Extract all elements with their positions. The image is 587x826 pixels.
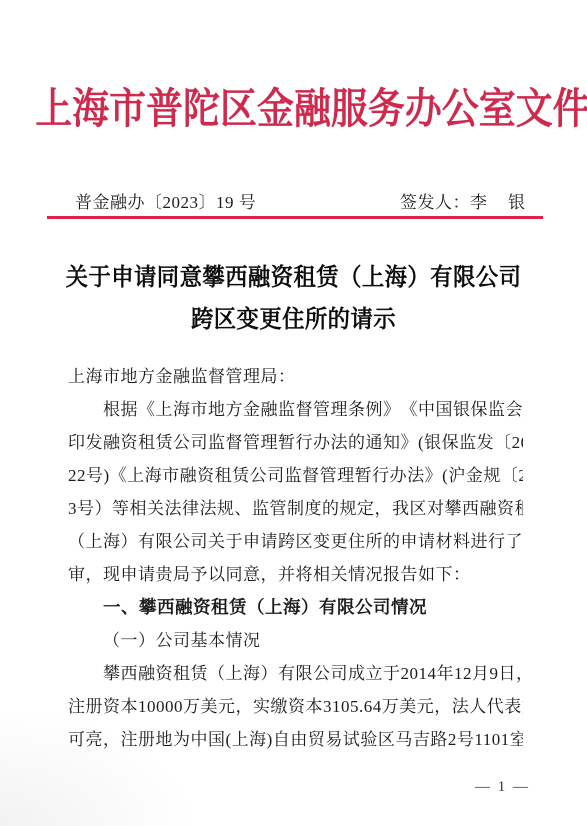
body-line: 3号）等相关法律法规、监管制度的规定，我区对攀西融资租赁 bbox=[68, 492, 523, 525]
red-header-title: 上海市普陀区金融服务办公室文件 bbox=[35, 82, 552, 138]
signer: 签发人：李 银 bbox=[400, 190, 527, 216]
body-line: 可亮，注册地为中国(上海)自由贸易试验区马吉路2号1101室， bbox=[68, 723, 523, 756]
body-line: 注册资本10000万美元，实缴资本3105.64万美元，法人代表刘 bbox=[68, 690, 523, 723]
red-separator-line bbox=[47, 216, 543, 219]
document-title-line-1: 关于申请同意攀西融资租赁（上海）有限公司 bbox=[21, 257, 567, 299]
document-title-line-2: 跨区变更住所的请示 bbox=[21, 299, 567, 341]
body-line: 攀西融资租赁（上海）有限公司成立于2014年12月9日， bbox=[68, 657, 523, 690]
document-title: 关于申请同意攀西融资租赁（上海）有限公司 跨区变更住所的请示 bbox=[0, 257, 587, 341]
body-line: 印发融资租赁公司监督管理暂行办法的通知》(银保监发〔2020〕 bbox=[68, 426, 523, 459]
body-subsection-heading: （一）公司基本情况 bbox=[68, 624, 523, 657]
signer-label: 签发人： bbox=[400, 193, 470, 212]
body-section-heading: 一、攀西融资租赁（上海）有限公司情况 bbox=[68, 591, 523, 624]
doc-number: 普金融办〔2023〕19 号 bbox=[75, 190, 256, 216]
document-info-row: 普金融办〔2023〕19 号 签发人：李 银 bbox=[47, 190, 543, 216]
body-line: 上海市地方金融监督管理局： bbox=[68, 360, 523, 393]
document-page: 上海市普陀区金融服务办公室文件 普金融办〔2023〕19 号 签发人：李 银 关… bbox=[0, 0, 587, 826]
page-number: — 1 — bbox=[475, 779, 530, 796]
body-line: 审，现申请贵局予以同意，并将相关情况报告如下： bbox=[68, 558, 523, 591]
body-text: 上海市地方金融监督管理局： 根据《上海市地方金融监督管理条例》《中国银保监会关于… bbox=[68, 360, 523, 756]
body-line: （上海）有限公司关于申请跨区变更住所的申请材料进行了预 bbox=[68, 525, 523, 558]
signer-name: 李 银 bbox=[470, 193, 527, 212]
body-line: 22号)《上海市融资租赁公司监督管理暂行办法》(沪金规〔2021〕 bbox=[68, 459, 523, 492]
body-line: 根据《上海市地方金融监督管理条例》《中国银保监会关于 bbox=[68, 393, 523, 426]
